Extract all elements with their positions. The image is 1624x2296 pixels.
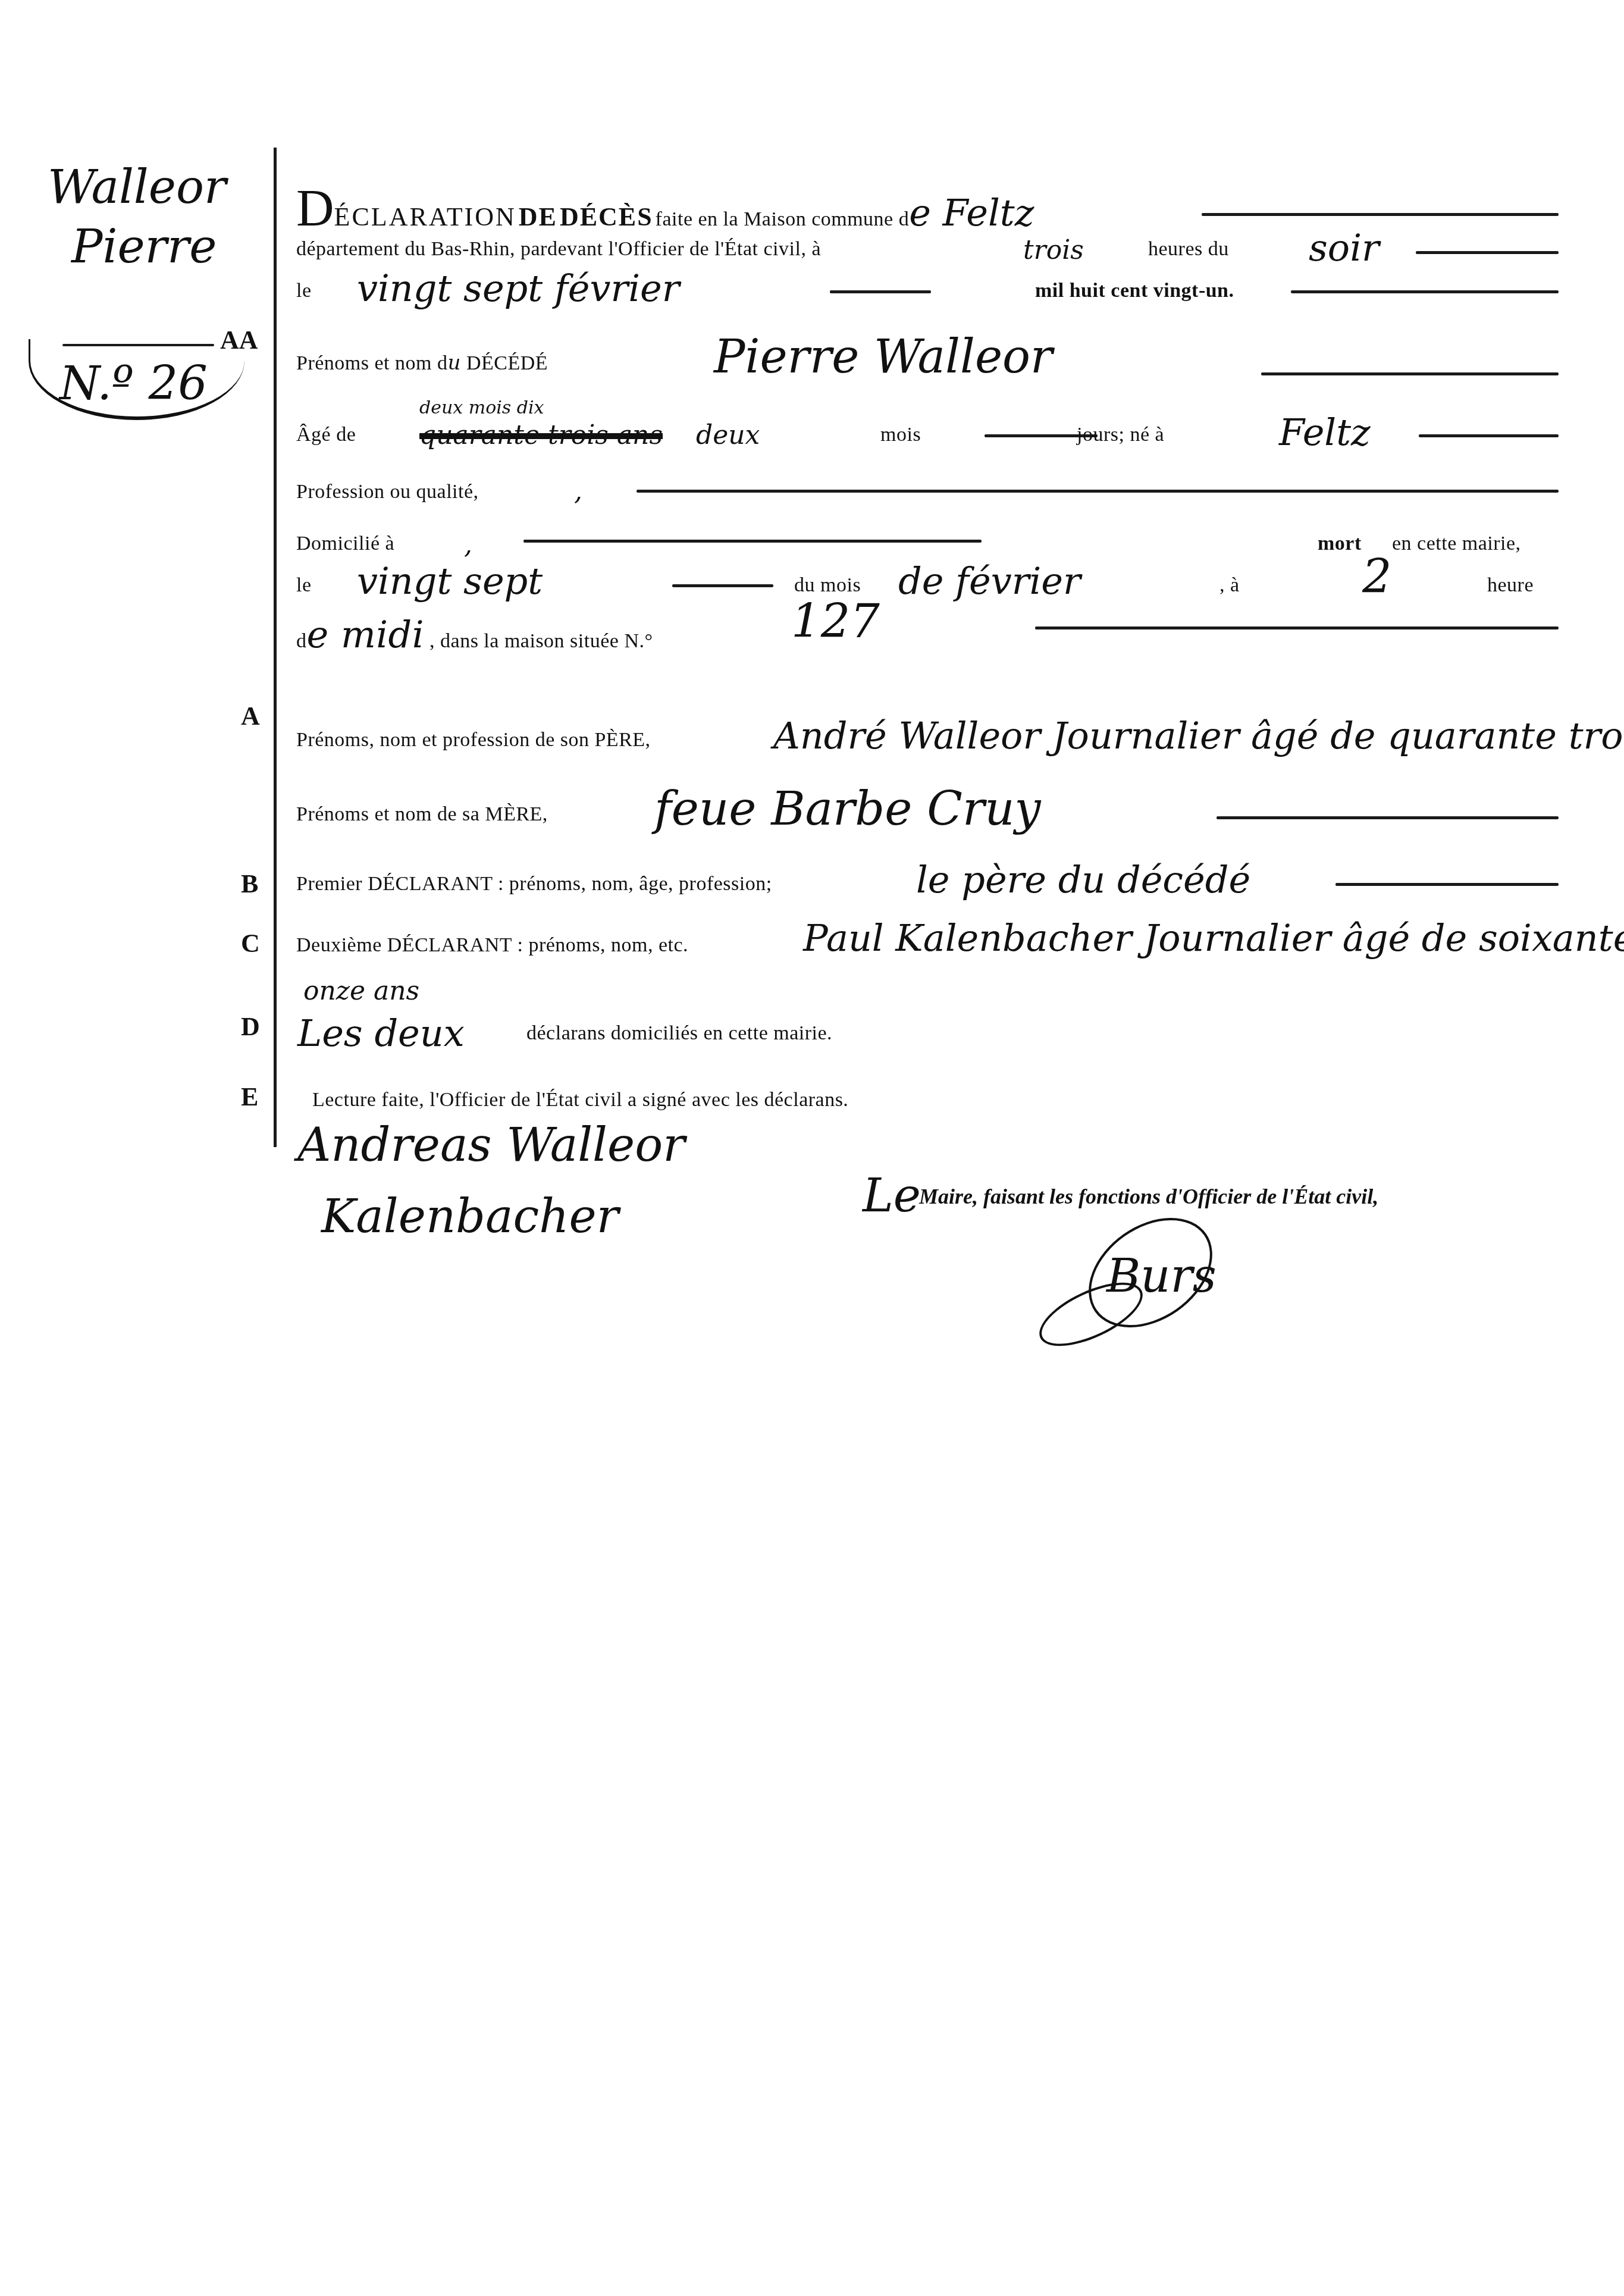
margin-rule <box>274 148 277 1147</box>
margin-label-a: A <box>241 701 260 731</box>
title-deces: DÉCÈS <box>560 202 653 231</box>
maire-prefix: Le <box>863 1169 921 1223</box>
died-suffix: en cette mairie, <box>1392 533 1521 555</box>
mother-label: Prénoms et nom de sa MÈRE, <box>296 803 548 826</box>
blank-rule <box>1261 372 1559 375</box>
reading-statement: Lecture faite, l'Officier de l'État civi… <box>312 1089 848 1111</box>
death-hour-handwritten: 2 <box>1362 550 1392 604</box>
birthplace-handwritten: Feltz <box>1279 411 1371 454</box>
profession-label: Profession ou qualité, <box>296 481 479 503</box>
deceased-name-handwritten: Pierre Walleor <box>714 330 1052 384</box>
death-month-label: du mois <box>794 574 861 597</box>
domicile-label: Domicilié à <box>296 533 394 555</box>
commune-handwritten: e Feltz <box>909 191 1034 234</box>
hour-suffix: heures du <box>1148 238 1229 261</box>
age-above-handwritten: deux mois dix <box>419 397 544 418</box>
blank-rule <box>523 540 982 543</box>
domicile-handwritten: , <box>464 530 472 560</box>
age-struck: quarante trois ans <box>419 420 663 450</box>
death-period: de midi , dans la maison située N.° <box>296 613 653 656</box>
second-declarant-label: Deuxième DÉCLARANT : prénoms, nom, etc. <box>296 934 688 957</box>
margin-label-c: C <box>241 928 260 959</box>
death-month-handwritten: de février <box>898 559 1081 603</box>
date-handwritten: vingt sept février <box>357 267 679 310</box>
name-label-hw: u <box>447 351 460 375</box>
months-label: mois <box>880 424 921 446</box>
father-handwritten: André Walleor Journalier âgé de quarante… <box>773 714 1624 757</box>
line2-printed: département du Bas-Rhin, pardevant l'Off… <box>296 238 821 261</box>
blank-rule <box>672 584 773 587</box>
declaration-title: DÉCLARATION DE DÉCÈS faite en la Maison … <box>296 178 1034 239</box>
title-de: DE <box>519 202 557 231</box>
blank-rule <box>1419 434 1559 437</box>
house-number-handwritten: 127 <box>791 595 880 649</box>
blank-rule <box>1335 883 1559 886</box>
blank-rule <box>1035 627 1559 629</box>
signature-father: Andreas Walleor <box>297 1119 685 1172</box>
blank-rule <box>1291 290 1559 293</box>
blank-rule <box>637 490 1559 493</box>
father-label: Prénoms, nom et profession de son PÈRE, <box>296 729 651 751</box>
margin-label-e: E <box>241 1082 258 1112</box>
first-declarant-handwritten: le père du décédé <box>916 858 1250 901</box>
death-le: le <box>296 574 312 597</box>
age-label: Âgé de <box>296 424 356 446</box>
name-label-end: DÉCÉDÉ <box>466 352 548 374</box>
house-label: , dans la maison située N.° <box>429 630 653 652</box>
both-declarants-printed: déclarans domiciliés en cette mairie. <box>526 1022 832 1045</box>
death-de: d <box>296 630 307 652</box>
deceased-name-label: Prénoms et nom du DÉCÉDÉ <box>296 351 548 375</box>
age-handwritten: deux <box>696 420 760 450</box>
signature-second-declarant: Kalenbacher <box>321 1190 619 1243</box>
margin-label-b: B <box>241 869 258 899</box>
first-declarant-label: Premier DÉCLARANT : prénoms, nom, âge, p… <box>296 873 772 895</box>
margin-label-d: D <box>241 1011 260 1042</box>
title-rest: ÉCLARATION <box>334 202 516 231</box>
hour-handwritten: trois <box>1023 235 1084 265</box>
period-handwritten: soir <box>1309 226 1380 270</box>
death-at: , à <box>1219 574 1240 597</box>
maire-statement: Maire, faisant les fonctions d'Officier … <box>919 1184 1378 1209</box>
days-label: jours; né à <box>1077 424 1164 446</box>
both-declarants-handwritten: Les deux <box>297 1011 465 1055</box>
blank-rule <box>1202 213 1559 216</box>
second-declarant-handwritten: Paul Kalenbacher Journalier âgé de soixa… <box>803 916 1624 960</box>
blank-rule <box>1217 816 1559 819</box>
profession-handwritten: , <box>574 476 582 506</box>
name-label: Prénoms et nom d <box>296 352 447 374</box>
second-declarant-continued: onze ans <box>303 976 419 1006</box>
blank-rule <box>1416 251 1559 254</box>
death-period-handwritten: e midi <box>307 613 425 656</box>
line3-le: le <box>296 280 312 302</box>
blank-rule <box>830 290 931 293</box>
year-printed: mil huit cent vingt-un. <box>1035 280 1234 302</box>
mother-handwritten: feue Barbe Cruy <box>654 782 1040 836</box>
death-day-handwritten: vingt sept <box>357 559 543 603</box>
died-label: mort <box>1318 533 1362 555</box>
margin-surname: Walleor <box>48 161 226 214</box>
margin-given-name: Pierre <box>71 220 217 274</box>
title-initial: D <box>296 180 334 237</box>
death-hour-label: heure <box>1487 574 1534 597</box>
line1-printed: faite en la Maison commune d <box>656 208 910 230</box>
